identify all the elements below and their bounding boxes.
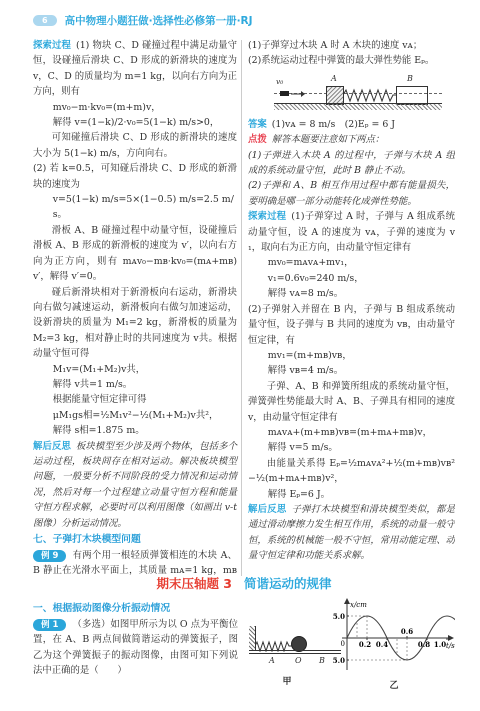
exam-title-topic: 简谐运动的规律	[244, 576, 332, 591]
answer-label: 答案	[248, 119, 267, 130]
book-title: 高中物理小题狂做·选择性必修第一册·RJ	[65, 13, 253, 28]
formula-line: v₁=0.6v₀=240 m/s，	[268, 271, 455, 286]
paragraph: 可知碰撞后滑块 C、D 形成的新滑块的速度大小为 5(1−k) m/s，方向向右…	[33, 130, 237, 161]
paragraph: 子弹、A、B 和弹簧所组成的系统动量守恒，弹簧弹性势能最大时 A、B、子弹具有相…	[248, 379, 455, 425]
x-axis-label: t/s	[446, 642, 455, 650]
formula-line: 解得 s相=1.875 m。	[53, 423, 237, 438]
figure-jia-caption: 甲	[249, 674, 325, 687]
paragraph: 碰后新滑块相对于新滑板向右运动，新滑块向右做匀减速运动，新滑板向右做匀加速运动，…	[33, 285, 237, 362]
section-heading-1: 一、根据振动图像分析振动情况	[33, 600, 238, 617]
xtick-02: 0.2	[359, 640, 371, 649]
block-a-label: A	[331, 74, 337, 83]
reflect-text: 板块模型至少涉及两个物体，包括多个运动过程，板块间存在相对运动。解决板块模型问题…	[33, 441, 237, 529]
formula-line: mv₀−m·kv₀=(m+m)v，	[53, 100, 237, 115]
hint-paragraph: 点拨解答本题要注意如下两点：	[248, 132, 455, 147]
column-left: 探索过程(1) 物块 C、D 碰撞过程中满足动量守恒，设碰撞后滑块 C、D 形成…	[33, 38, 237, 576]
paragraph: (2) 若 k=0.5，可知碰后滑块 C、D 形成的新滑块的速度为	[33, 161, 237, 192]
formula-line: mv₀=mᴀvᴀ+mv₁，	[268, 255, 455, 270]
exam-figures: A O B 甲	[249, 598, 455, 694]
formula-line: mᴀvᴀ+(m+mʙ)vʙ=(m+mᴀ+mʙ)v，	[268, 425, 455, 440]
xtick-06: 0.6	[401, 627, 413, 636]
reflect-paragraph: 解后反思子弹打木块模型和滑块模型类似，都是通过滑动摩擦力发生相互作用，系统的动量…	[248, 502, 455, 564]
exam-section: 期末压轴题 3简谐运动的规律 一、根据振动图像分析振动情况 例 1（多选）如图甲…	[33, 576, 455, 711]
formula-line: 解得 v=5 m/s。	[268, 440, 455, 455]
origin-label: 0	[341, 640, 345, 648]
formula-line: v=5(1−k) m/s=5×(1−0.5) m/s=2.5 m/s。	[53, 192, 237, 223]
section-heading-7: 七、子弹打木块模型问题	[33, 531, 237, 548]
point-o-label: O	[295, 656, 302, 665]
page-number-badge: 6	[33, 15, 57, 26]
figure-oscillator: A O B 甲	[249, 620, 325, 692]
block-b-label: B	[407, 74, 413, 83]
hint-text: 解答本题要注意如下两点：	[272, 134, 385, 145]
arrow-right-icon	[291, 90, 305, 98]
hint-label: 点拨	[248, 134, 267, 145]
ytick-min: -5.0	[333, 656, 345, 665]
paragraph: 滑板 A、B 碰撞过程中动量守恒，设碰撞后滑板 A、B 形成的新滑板的速度为 v…	[33, 223, 237, 285]
paragraph: 由能量关系得 Eₚ=½mᴀvᴀ²+½(m+mʙ)vʙ²−½(m+mᴀ+mʙ)v²…	[248, 456, 455, 487]
y-axis-label: x/cm	[350, 601, 367, 609]
point-a-label: A	[269, 656, 275, 665]
xtick-04: 0.4	[376, 640, 388, 649]
bullet-shape	[280, 91, 289, 96]
explore-paragraph: 探索过程(1)子弹穿过 A 时，子弹与 A 组成系统动量守恒，设 A 的速度为 …	[248, 209, 455, 255]
column-right: (1)子弹穿过木块 A 时 A 木块的速度 vᴀ； (2)系统运动过程中弹簧的最…	[248, 38, 455, 564]
example9-paragraph: 例 9有两个用一根轻质弹簧相连的木块 A、B 静止在光滑水平面上，其质量 mᴀ=…	[33, 548, 237, 576]
xtick-08: 0.8	[418, 640, 430, 649]
spring-icon	[343, 86, 396, 103]
exam-title: 期末压轴题 3简谐运动的规律	[33, 576, 455, 592]
two-column-body: 探索过程(1) 物块 C、D 碰撞过程中满足动量守恒，设碰撞后滑块 C、D 形成…	[33, 38, 455, 576]
track-line	[249, 650, 341, 654]
figure-bullet-spring-blocks: v₀ A B	[274, 73, 442, 115]
hint-point-2: (2)子弹和 A、B 相互作用过程中都有能量损失，要明确是哪一部分动能转化成弹性…	[248, 178, 455, 209]
figure-xt-graph: x/cm 5.0 0 -5.0 0.2 0.4 0.6 0.8 1.0 t/s …	[333, 598, 455, 694]
explore-label: 探索过程	[248, 211, 286, 222]
explore-label: 探索过程	[33, 40, 71, 51]
formula-line: M₁v=(M₁+M₂)v共，	[53, 362, 237, 377]
exam-title-number: 期末压轴题 3	[156, 576, 232, 591]
formula-line: 解得 v共=1 m/s。	[53, 377, 237, 392]
question-2: (2)系统运动过程中弹簧的最大弹性势能 Eₚ。	[248, 53, 455, 68]
formula-line: mv₁=(m+mʙ)vʙ，	[268, 348, 455, 363]
answer-text: (1)vᴀ = 8 m/s (2)Eₚ = 6 J	[272, 119, 395, 130]
formula-line: 解得 Eₚ=6 J。	[268, 487, 455, 502]
formula-line: μM₁gs相=½M₁v²−½(M₁+M₂)v共²，	[53, 408, 237, 423]
formula-line: 解得 vᴀ=8 m/s。	[268, 286, 455, 301]
xtick-10: 1.0	[434, 640, 446, 649]
question-1: (1)子弹穿过木块 A 时 A 木块的速度 vᴀ；	[248, 38, 455, 53]
textbook-page: 6 高中物理小题狂做·选择性必修第一册·RJ 探索过程(1) 物块 C、D 碰撞…	[0, 0, 480, 711]
paragraph: (2)子弹射入并留在 B 内，子弹与 B 组成系统动量守恒，设子弹与 B 共同的…	[248, 302, 455, 348]
reflect-label: 解后反思	[33, 441, 71, 452]
formula-line: 根据能量守恒定律可得	[53, 392, 237, 407]
reflect-label: 解后反思	[248, 504, 287, 515]
ground-hatch	[274, 103, 442, 110]
example1-badge: 例 1	[33, 619, 66, 631]
example9-badge: 例 9	[33, 550, 66, 562]
point-b-label: B	[319, 656, 325, 665]
page-header: 6 高中物理小题狂做·选择性必修第一册·RJ	[33, 13, 253, 28]
explore-paragraph: 探索过程(1) 物块 C、D 碰撞过程中满足动量守恒，设碰撞后滑块 C、D 形成…	[33, 38, 237, 100]
exam-left-column: 一、根据振动图像分析振动情况 例 1（多选）如图甲所示为以 O 点为平衡位置，在…	[33, 600, 238, 679]
bullet-speed-label: v₀	[276, 77, 283, 86]
hint-point-1: (1)子弹进入木块 A 的过程中，子弹与木块 A 组成的系统动量守恒，此时 B …	[248, 148, 455, 179]
figure-yi-caption: 乙	[333, 678, 455, 691]
example1-paragraph: 例 1（多选）如图甲所示为以 O 点为平衡位置，在 A、B 两点间做简谐运动的弹…	[33, 617, 238, 679]
ytick-max: 5.0	[333, 612, 345, 621]
formula-line: 解得 v=(1−k)/2·v₀=5(1−k) m/s>0，	[53, 115, 237, 130]
xt-graph-plot: x/cm 5.0 0 -5.0 0.2 0.4 0.6 0.8 1.0 t/s	[333, 598, 455, 676]
reflect-paragraph: 解后反思板块模型至少涉及两个物体，包括多个运动过程，板块间存在相对运动。解决板块…	[33, 439, 237, 531]
formula-line: 解得 vʙ=4 m/s。	[268, 363, 455, 378]
answer-paragraph: 答案(1)vᴀ = 8 m/s (2)Eₚ = 6 J	[248, 117, 455, 132]
